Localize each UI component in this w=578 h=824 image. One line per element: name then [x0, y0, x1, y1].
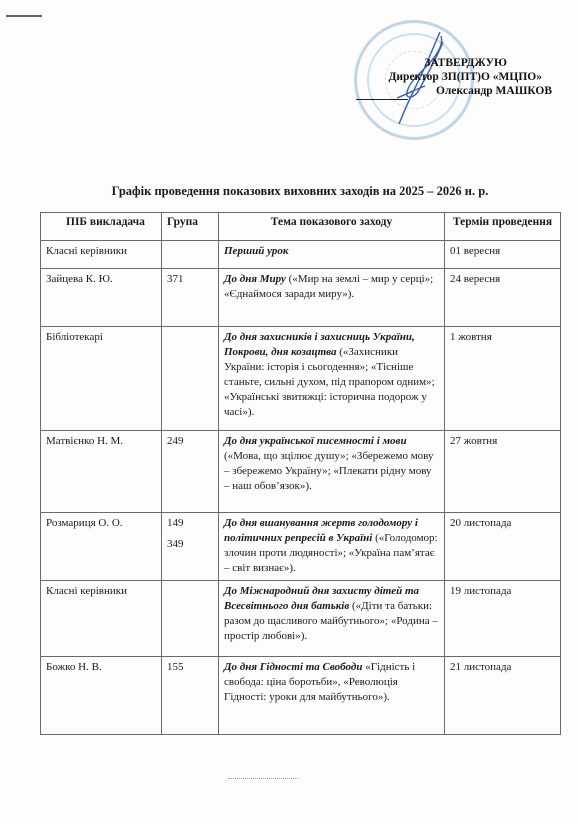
scan-mark — [6, 15, 42, 17]
table-row: БібліотекаріДо дня захисників і захисниц… — [41, 327, 561, 431]
header-group: Група — [162, 213, 219, 241]
cell-teacher: Матвієнко Н. М. — [41, 431, 162, 513]
cell-topic: До дня захисників і захисниць України, П… — [219, 327, 445, 431]
cell-topic: Перший урок — [219, 241, 445, 269]
cell-date: 1 жовтня — [445, 327, 561, 431]
cell-group: 155 — [162, 657, 219, 735]
group-number: 149 — [167, 516, 213, 531]
table-row: Розмариця О. О.149349До дня вшанування ж… — [41, 513, 561, 581]
approval-block: ЗАТВЕРДЖУЮ Директор ЗП(ПТ)О «МЦПО» Олекс… — [360, 56, 560, 98]
cell-group: 249 — [162, 431, 219, 513]
cell-group — [162, 327, 219, 431]
group-number: 249 — [167, 434, 213, 449]
cell-topic: До дня вшанування жертв голодомору і пол… — [219, 513, 445, 581]
topic-title: До дня Гідності та Свободи — [224, 661, 362, 673]
topic-title: Перший урок — [224, 245, 288, 257]
document-title: Графік проведення показових виховних зах… — [40, 184, 560, 199]
cell-date: 19 листопада — [445, 581, 561, 657]
header-teacher: ПІБ викладача — [41, 213, 162, 241]
cell-date: 01 вересня — [445, 241, 561, 269]
cell-teacher: Зайцева К. Ю. — [41, 269, 162, 327]
cell-group — [162, 581, 219, 657]
header-date: Термін проведення — [445, 213, 561, 241]
cell-date: 27 жовтня — [445, 431, 561, 513]
cell-teacher: Розмариця О. О. — [41, 513, 162, 581]
signature-line — [356, 99, 408, 100]
cell-teacher: Бібліотекарі — [41, 327, 162, 431]
cell-teacher: Класні керівники — [41, 241, 162, 269]
table-row: Матвієнко Н. М.249До дня української пис… — [41, 431, 561, 513]
table-header-row: ПІБ викладача Група Тема показового захо… — [41, 213, 561, 241]
cell-date: 20 листопада — [445, 513, 561, 581]
cell-topic: До дня Гідності та Свободи «Гідність і с… — [219, 657, 445, 735]
cell-group: 371 — [162, 269, 219, 327]
approval-position: Директор ЗП(ПТ)О «МЦПО» — [360, 70, 560, 84]
cell-teacher: Класні керівники — [41, 581, 162, 657]
group-number: 155 — [167, 660, 213, 675]
approval-heading: ЗАТВЕРДЖУЮ — [360, 56, 560, 70]
table-row: Божко Н. В.155До дня Гідності та Свободи… — [41, 657, 561, 735]
schedule-table: ПІБ викладача Група Тема показового захо… — [40, 212, 561, 735]
cell-topic: До дня української писемності і мови («М… — [219, 431, 445, 513]
table-row: Класні керівникиПерший урок01 вересня — [41, 241, 561, 269]
group-number: 371 — [167, 272, 213, 287]
table-body: Класні керівникиПерший урок01 вересняЗай… — [41, 241, 561, 735]
cell-date: 21 листопада — [445, 657, 561, 735]
table-row: Класні керівникиДо Міжнародний дня захис… — [41, 581, 561, 657]
cell-group: 149349 — [162, 513, 219, 581]
approval-signatory: Олександр МАШКОВ — [360, 84, 560, 98]
scan-artifact — [228, 778, 298, 782]
table-row: Зайцева К. Ю.371До дня Миру («Мир на зем… — [41, 269, 561, 327]
cell-topic: До дня Миру («Мир на землі – мир у серці… — [219, 269, 445, 327]
topic-title: До дня української писемності і мови — [224, 435, 407, 447]
cell-topic: До Міжнародний дня захисту дітей та Всес… — [219, 581, 445, 657]
cell-teacher: Божко Н. В. — [41, 657, 162, 735]
cell-group — [162, 241, 219, 269]
topic-title: До дня Миру — [224, 273, 286, 285]
cell-date: 24 вересня — [445, 269, 561, 327]
group-number: 349 — [167, 537, 213, 552]
topic-details: («Мова, що зцілює душу»; «Збережемо мову… — [224, 450, 434, 492]
header-topic: Тема показового заходу — [219, 213, 445, 241]
